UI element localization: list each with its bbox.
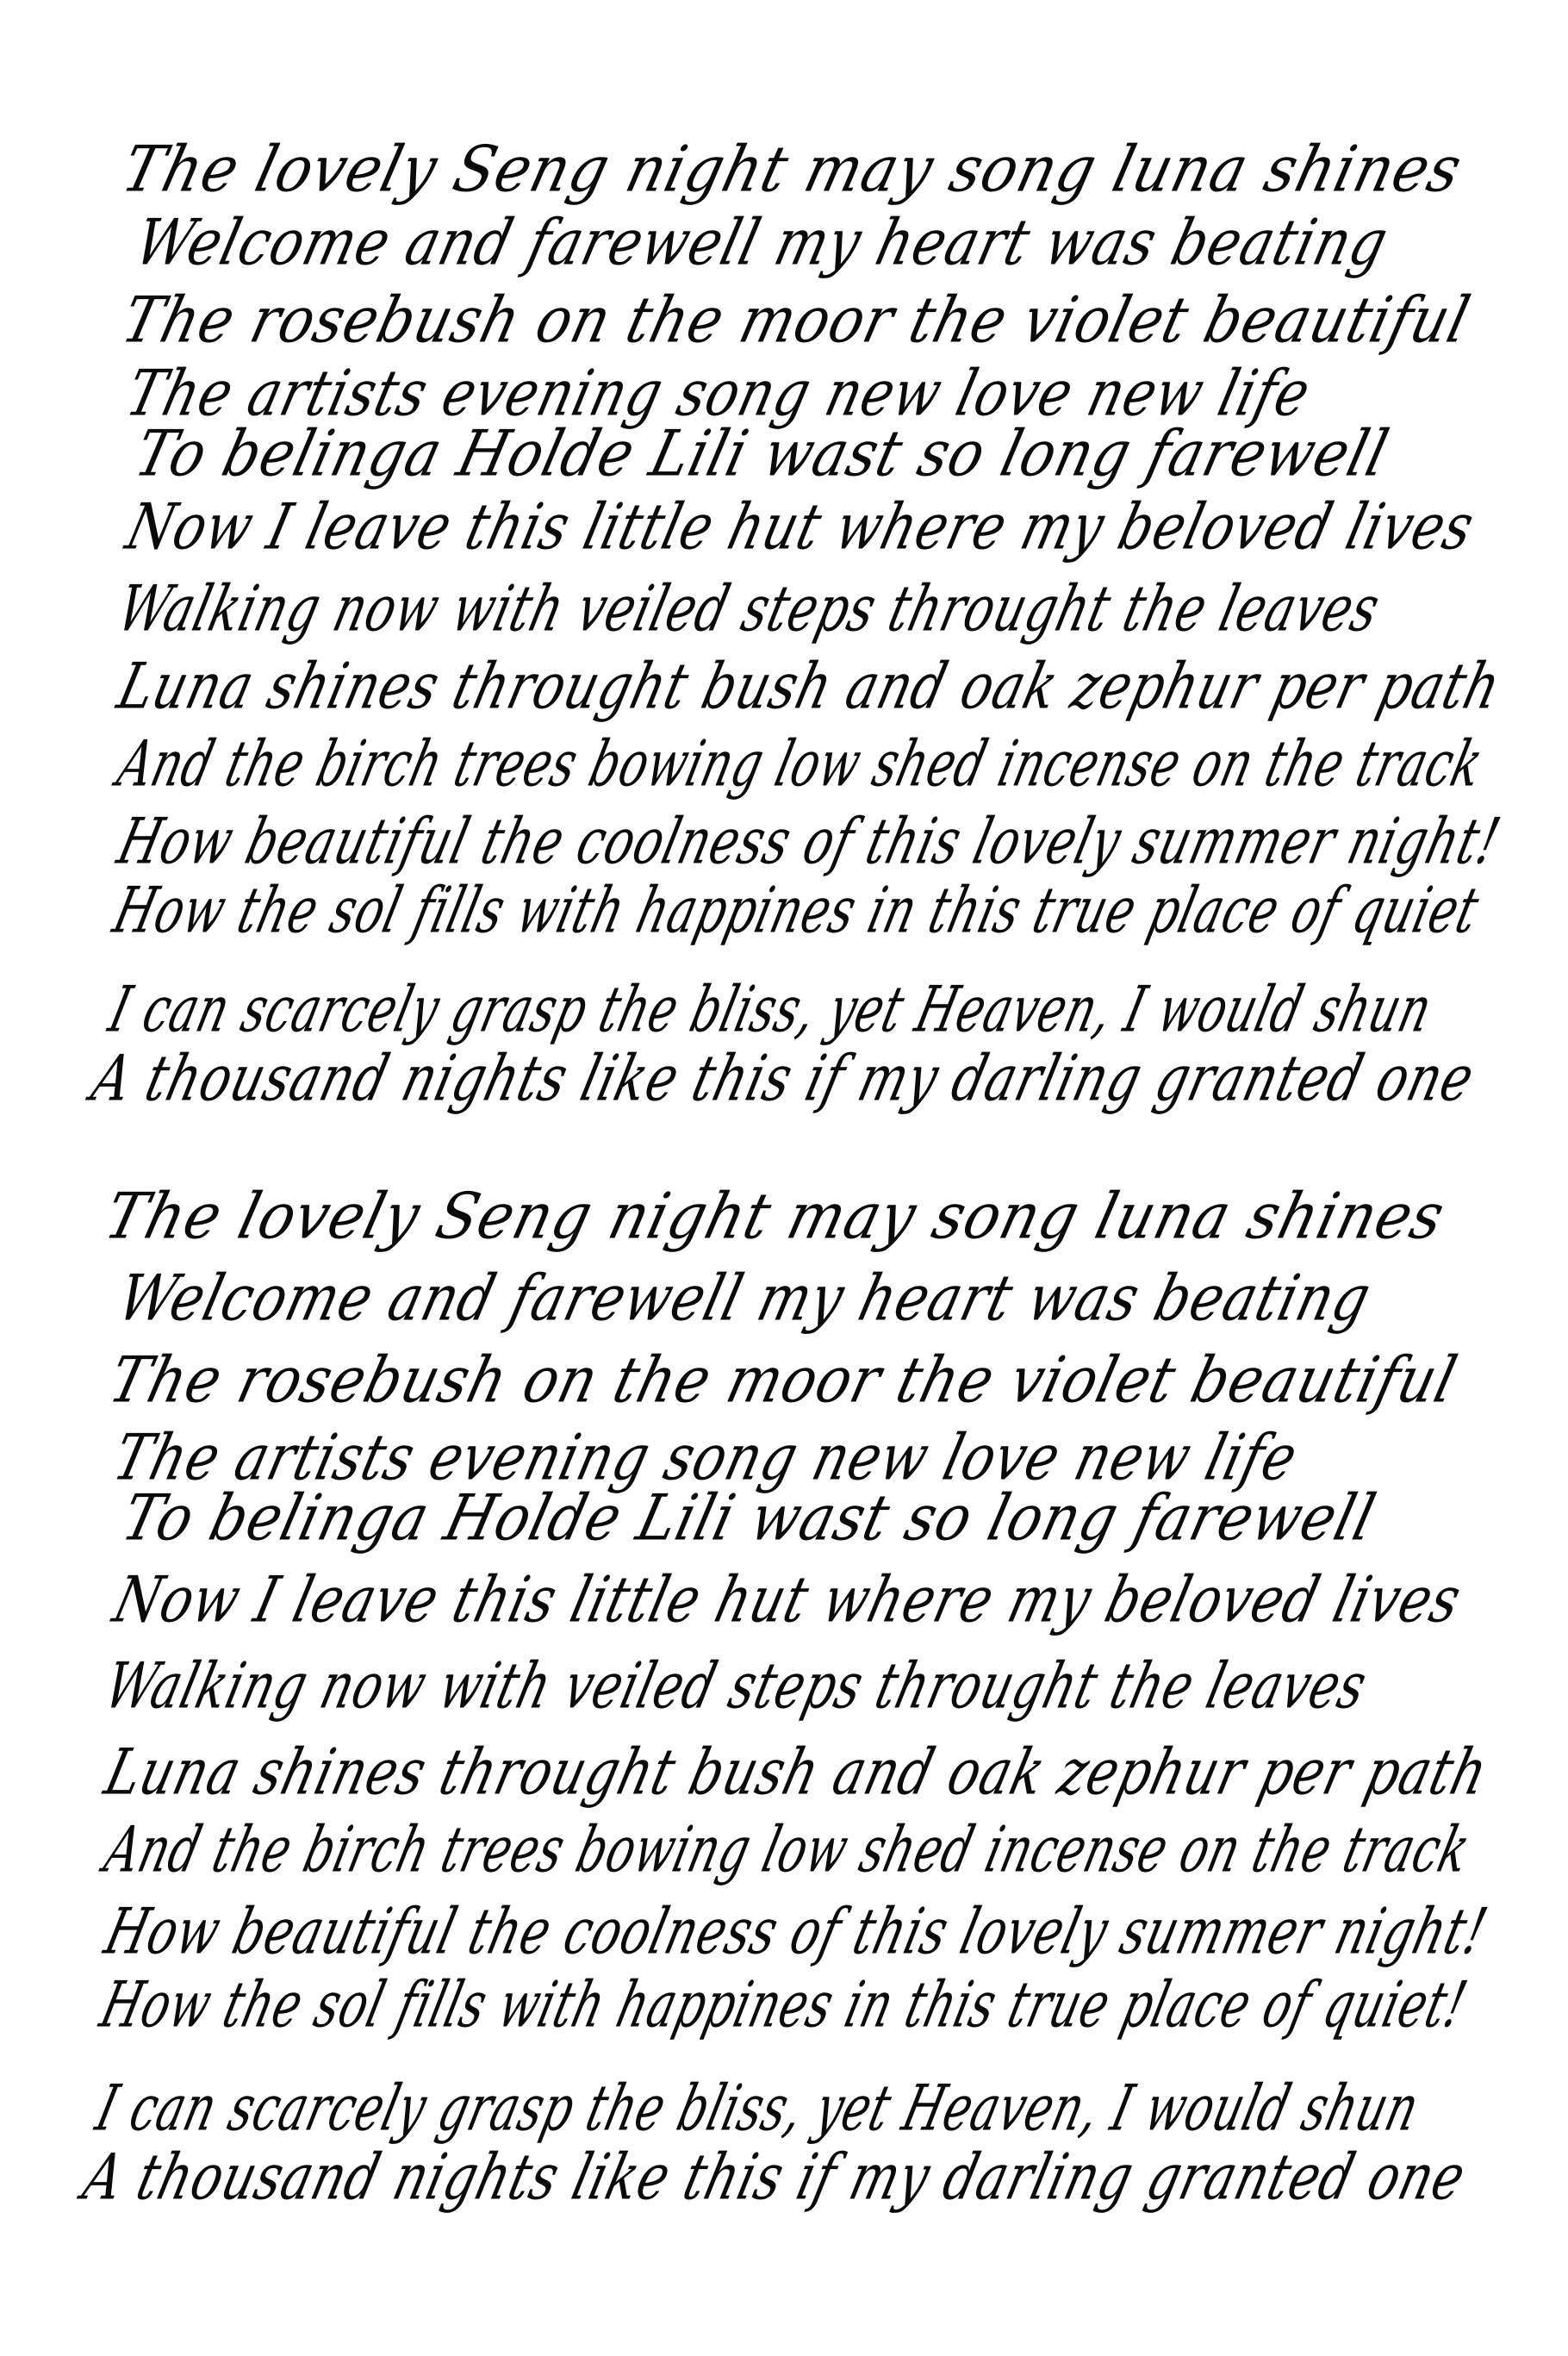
handwritten-line: How beautiful the coolness of this lovel…: [112, 810, 1506, 874]
handwritten-line: Now I leave this little hut where my bel…: [121, 496, 1480, 559]
handwritten-page: The lovely Seng night may song luna shin…: [0, 0, 1568, 2356]
handwritten-line: Walking now with veiled steps throught t…: [112, 577, 1385, 641]
handwritten-line: The artists evening song new love new li…: [108, 1426, 1304, 1490]
handwritten-line: To belinga Holde Lili wast so long farew…: [129, 422, 1395, 486]
handwritten-line: Now I leave this little hut where my bel…: [108, 1568, 1467, 1632]
handwritten-line: And the birch trees bowing low shed ince…: [99, 1818, 1476, 1882]
handwritten-line: Walking now with veiled steps throught t…: [99, 1655, 1372, 1718]
handwritten-line: Welcome and farewell my heart was beatin…: [129, 211, 1394, 275]
handwritten-line: I can scarcely grasp the bliss, yet Heav…: [103, 978, 1438, 1042]
handwritten-line: I can scarcely grasp the bliss, yet Heav…: [90, 2077, 1425, 2141]
handwritten-line: The lovely Seng night may song luna shin…: [99, 1185, 1451, 1249]
handwritten-line: Luna shines throught bush and oak zephur…: [99, 1741, 1494, 1804]
handwritten-line: How the sol fills with happines in this …: [95, 1973, 1473, 2037]
handwritten-line: To belinga Holde Lili wast so long farew…: [116, 1487, 1382, 1550]
handwritten-line: The rosebush on the moor the violet beau…: [103, 1349, 1463, 1412]
handwritten-line: A thousand nights like this if my darlin…: [78, 2146, 1472, 2210]
handwritten-line: The artists evening song new love new li…: [121, 362, 1316, 426]
handwritten-line: Welcome and farewell my heart was beatin…: [112, 1267, 1377, 1331]
handwritten-line: The rosebush on the moor the violet beau…: [116, 289, 1476, 352]
handwritten-line: A thousand nights like this if my darlin…: [86, 1047, 1480, 1111]
handwritten-line: How beautiful the coolness of this lovel…: [99, 1900, 1493, 1964]
handwritten-line: The lovely Seng night may song luna shin…: [116, 138, 1468, 202]
handwritten-line: Luna shines throught bush and oak zephur…: [112, 655, 1507, 719]
handwritten-line: How the sol fills with happines in this …: [108, 879, 1485, 943]
handwritten-line: And the birch trees bowing low shed ince…: [112, 732, 1489, 796]
